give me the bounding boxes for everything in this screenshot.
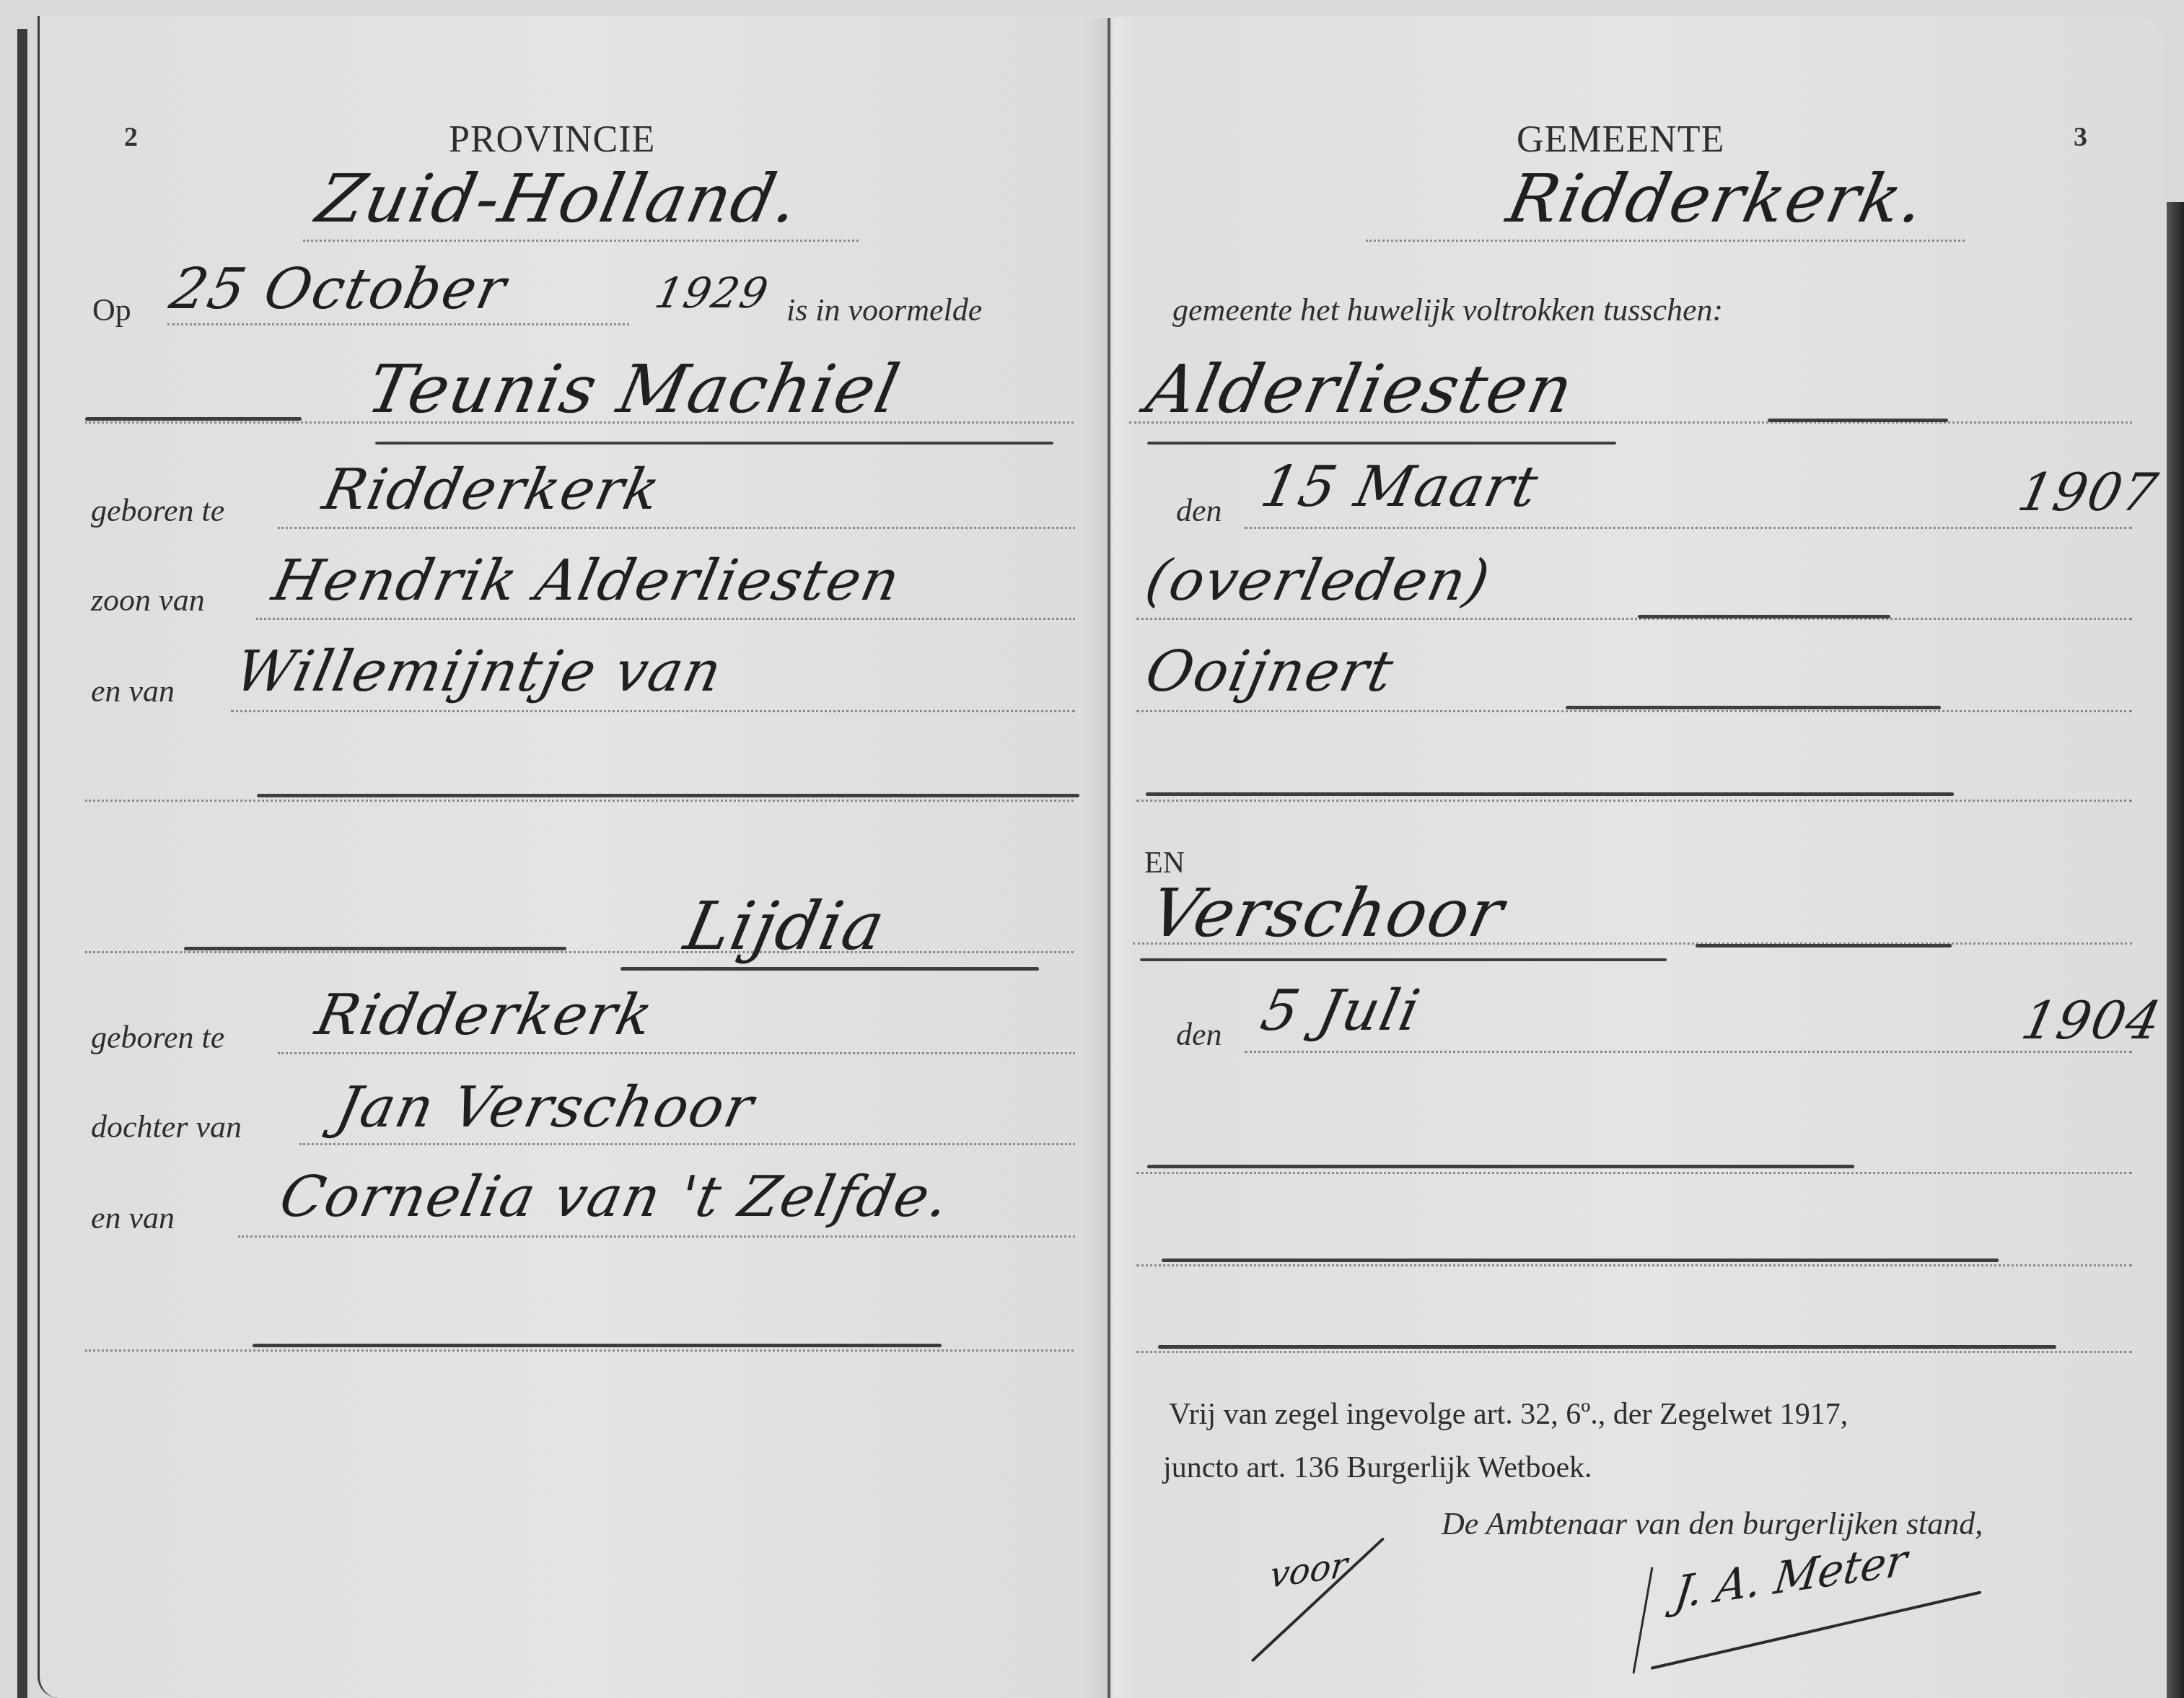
booklet-spread: 2 PROVINCIE Zuid-Holland. Op 25 October …	[0, 0, 2184, 1698]
bride-extra-line-3	[1136, 1351, 2132, 1353]
bride-given-names: Lijdia	[678, 888, 893, 965]
bride-extra-line-2	[1136, 1264, 2132, 1266]
groom-and-of-label: en van	[91, 673, 175, 709]
marriage-year: 1929	[651, 268, 773, 318]
filler-stroke	[1146, 792, 1954, 796]
marriage-intro: gemeente het huwelijk voltrokken tussche…	[1172, 292, 1723, 328]
groom-date-label: den	[1176, 492, 1222, 529]
bride-mother-line	[238, 1235, 1075, 1238]
groom-born-label: geboren te	[91, 492, 224, 529]
filler-stroke	[257, 794, 1079, 797]
bride-daughter-of-label: dochter van	[91, 1108, 242, 1145]
groom-extra-line	[1136, 800, 2132, 802]
province-value: Zuid-Holland.	[310, 160, 807, 237]
bride-mother: Cornelia van 't Zelfde.	[274, 1165, 956, 1230]
page-number-left: 2	[124, 121, 138, 153]
groom-mother-line-2	[85, 800, 1074, 802]
filler-stroke	[375, 442, 1053, 445]
groom-father-line	[256, 618, 1075, 620]
stamp-notice-line-1: Vrij van zegel ingevolge art. 32, 6º., d…	[1169, 1397, 1848, 1432]
heading-provincie: PROVINCIE	[449, 118, 655, 161]
stamp-notice-line-2: juncto art. 136 Burgerlijk Wetboek.	[1163, 1450, 1592, 1485]
filler-stroke	[1566, 706, 1941, 709]
municipality-line	[1366, 240, 1965, 242]
filler-stroke	[184, 947, 566, 950]
bride-birth-year: 1904	[2017, 990, 2167, 1051]
filler-stroke	[1696, 944, 1952, 948]
groom-birthdate-line	[1245, 527, 2132, 529]
bride-mother-line-2	[85, 1349, 1074, 1352]
date-suffix: is in voormelde	[786, 292, 982, 328]
filler-stroke	[253, 1344, 942, 1347]
bride-surname: Verschoor	[1144, 875, 1512, 952]
bride-name-line	[85, 951, 1074, 953]
page-number-right: 3	[2074, 121, 2087, 153]
filler-stroke	[1638, 615, 1890, 618]
bride-date-label: den	[1176, 1016, 1222, 1053]
bride-birth-day-month: 5 Juli	[1255, 979, 1426, 1043]
groom-mother-line	[231, 710, 1075, 712]
bride-birthplace-line	[278, 1052, 1075, 1054]
filler-stroke	[1158, 1345, 2056, 1349]
bride-and-of-label: en van	[91, 1199, 175, 1236]
booklet-spine	[1108, 18, 1110, 1698]
municipality-value: Ridderkerk.	[1501, 160, 1933, 237]
groom-note-line	[1136, 618, 2132, 620]
groom-mother-surname: Ooijnert	[1140, 639, 1400, 704]
bride-extra-line-1	[1136, 1172, 2132, 1174]
right-page	[1111, 16, 2165, 1698]
bride-birthdate-line	[1245, 1051, 2132, 1053]
filler-stroke	[1768, 419, 1948, 422]
bride-birthplace: Ridderkerk	[310, 983, 659, 1048]
groom-birth-day-month: 15 Maart	[1255, 455, 1545, 520]
booklet-cover-edge-right	[2167, 202, 2184, 1698]
heading-gemeente: GEMEENTE	[1517, 118, 1724, 161]
filler-stroke	[85, 417, 302, 421]
spine-shadow	[1082, 18, 1140, 1698]
groom-father: Hendrik Alderliesten	[267, 548, 906, 613]
date-prefix: Op	[92, 292, 131, 328]
groom-given-names: Teunis Machiel	[361, 351, 907, 428]
filler-stroke	[1147, 442, 1616, 445]
groom-surname: Alderliesten	[1140, 351, 1581, 428]
marriage-day-month: 25 October	[165, 257, 512, 322]
date-line	[167, 323, 629, 325]
groom-mother: Willemijntje van	[229, 639, 729, 704]
bride-father: Jan Verschoor	[330, 1075, 760, 1140]
filler-stroke	[1140, 958, 1667, 961]
booklet-cover-edge-left	[17, 29, 27, 1698]
groom-father-note: (overleden)	[1140, 548, 1496, 613]
filler-stroke	[1147, 1165, 1854, 1168]
groom-mother-surname-line	[1136, 710, 2132, 712]
filler-stroke	[1162, 1259, 1999, 1262]
bride-father-line	[299, 1143, 1075, 1145]
bride-born-label: geboren te	[91, 1019, 224, 1056]
groom-birth-year: 1907	[2013, 462, 2164, 522]
filler-stroke	[620, 967, 1039, 971]
province-line	[303, 240, 859, 242]
groom-birthplace: Ridderkerk	[317, 458, 667, 522]
groom-birthplace-line	[278, 527, 1075, 529]
groom-son-of-label: zoon van	[91, 582, 205, 618]
